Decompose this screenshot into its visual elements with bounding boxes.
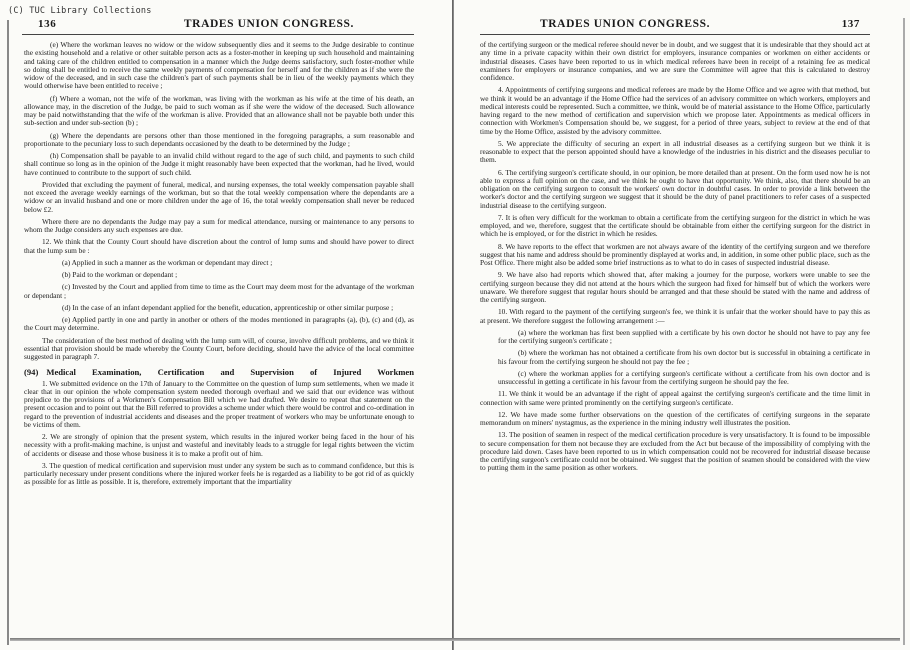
section-heading: (94) Medical Examination, Certification … [24, 368, 414, 376]
left-page-body: (e) Where the workman leaves no widow or… [22, 41, 414, 487]
left-page: 136 TRADES UNION CONGRESS. (e) Where the… [22, 18, 414, 491]
section-number: (94) [24, 368, 38, 376]
book-spine [452, 0, 454, 650]
paragraph: 5. We appreciate the difficulty of secur… [480, 140, 870, 165]
paragraph: 12. We think that the County Court shoul… [24, 238, 414, 255]
paragraph: (e) Where the workman leaves no widow or… [24, 41, 414, 91]
paragraph: (h) Compensation shall be payable to an … [24, 152, 414, 177]
list-item: (b) where the workman has not obtained a… [498, 349, 870, 366]
paragraph: Provided that excluding the payment of f… [24, 181, 414, 214]
list-item: (b) Paid to the workman or dependant ; [62, 271, 414, 279]
paragraph: 11. We think it would be an advantage if… [480, 390, 870, 407]
right-page-body: of the certifying surgeon or the medical… [480, 41, 870, 473]
watermark: (C) TUC Library Collections [8, 6, 152, 16]
paragraph: 12. We have made some further observatio… [480, 411, 870, 428]
list-item: (a) Applied in such a manner as the work… [62, 259, 414, 267]
paragraph: 10. With regard to the payment of the ce… [480, 308, 870, 325]
page-number: 136 [38, 18, 56, 30]
paragraph: Where there are no dependants the Judge … [24, 218, 414, 235]
paragraph: (g) Where the dependants are persons oth… [24, 132, 414, 149]
page-number: 137 [842, 18, 860, 30]
running-head-title: TRADES UNION CONGRESS. [184, 18, 354, 30]
section-title: Medical Examination, Certification and S… [46, 368, 414, 376]
left-page-edge [7, 20, 9, 645]
right-page-edge [903, 18, 905, 645]
paragraph: of the certifying surgeon or the medical… [480, 41, 870, 82]
paragraph: 2. We are strongly of opinion that the p… [24, 433, 414, 458]
paragraph: 1. We submitted evidence on the 17th of … [24, 380, 414, 430]
list-item: (c) where the workman applies for a cert… [498, 370, 870, 387]
paragraph: 13. The position of seamen in respect of… [480, 431, 870, 472]
paragraph: 8. We have reports to the effect that wo… [480, 243, 870, 268]
paragraph: 7. It is often very difficult for the wo… [480, 214, 870, 239]
list-item: (d) In the case of an infant dependant a… [24, 304, 414, 312]
right-page: TRADES UNION CONGRESS. 137 of the certif… [480, 18, 870, 477]
list-item: (c) Invested by the Court and applied fr… [24, 283, 414, 300]
running-head-title: TRADES UNION CONGRESS. [540, 18, 710, 30]
paragraph: 3. The question of medical certification… [24, 462, 414, 487]
paragraph: 4. Appointments of certifying surgeons a… [480, 86, 870, 136]
paragraph: (f) Where a woman, not the wife of the w… [24, 95, 414, 128]
list-item: (a) where the workman has first been sup… [498, 329, 870, 346]
right-running-head: TRADES UNION CONGRESS. 137 [480, 18, 870, 35]
paragraph: 9. We have also had reports which showed… [480, 271, 870, 304]
paragraph: 6. The certifying surgeon's certificate … [480, 169, 870, 210]
list-item: (e) Applied partly in one and partly in … [24, 316, 414, 333]
left-running-head: 136 TRADES UNION CONGRESS. [22, 18, 414, 35]
paragraph: The consideration of the best method of … [24, 337, 414, 362]
bottom-page-edge [10, 638, 900, 641]
